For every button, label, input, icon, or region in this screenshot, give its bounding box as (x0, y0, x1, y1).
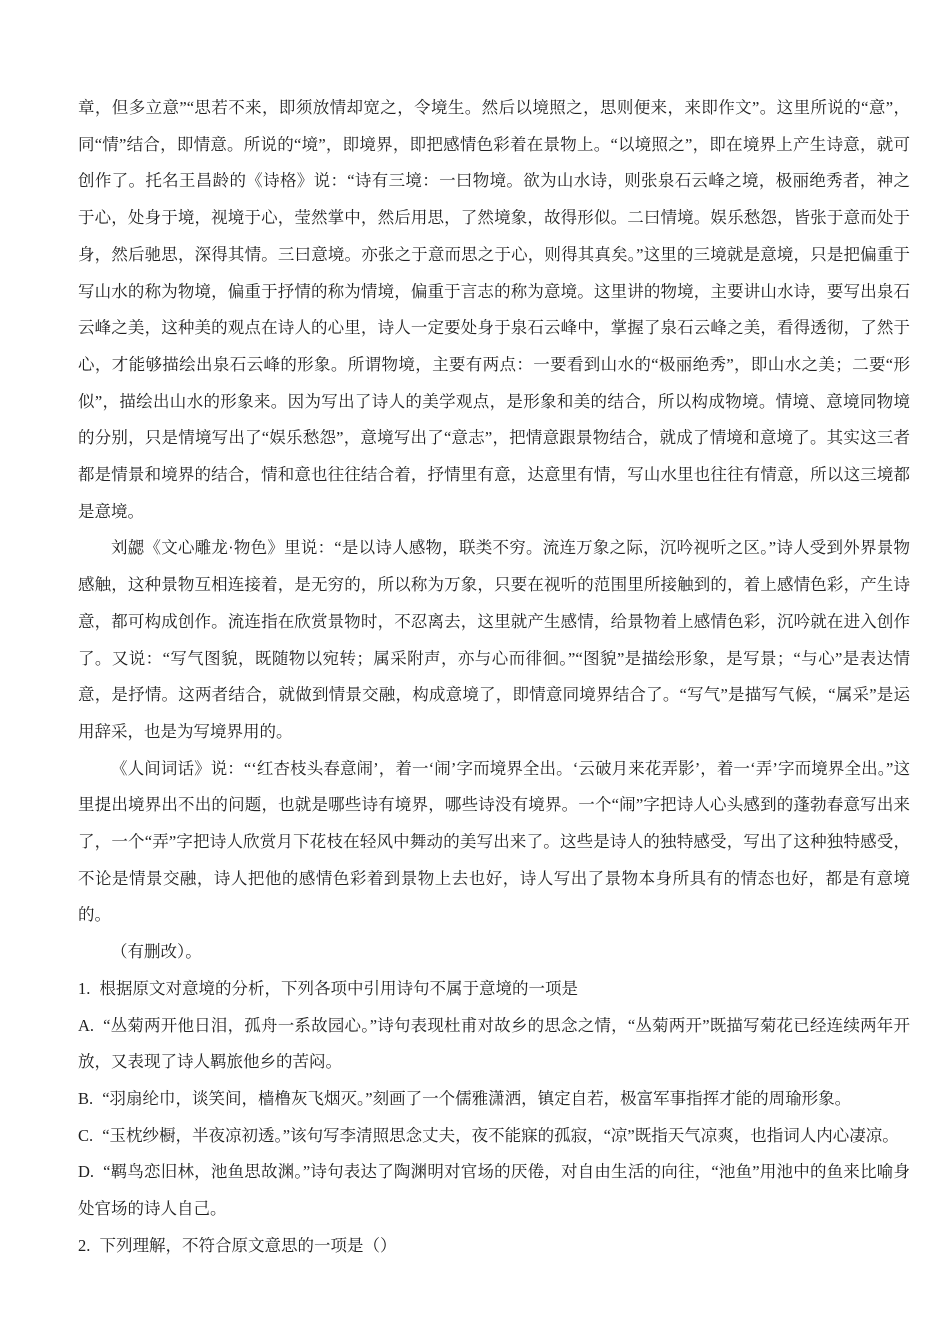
body-paragraph-liuxie: 刘勰《文心雕龙·物色》里说：“是以诗人感物，联类不穷。流连万象之际，沉吟视听之区… (78, 530, 910, 750)
option-c-text: “玉枕纱橱，半夜凉初透。”该句写李清照思念丈夫，夜不能寐的孤寂，“凉”既指天气凉… (102, 1126, 899, 1145)
question-1-option-b: B.“羽扇纶巾，谈笑间，樯橹灰飞烟灭。”刻画了一个儒雅潇洒，镇定自若，极富军事指… (78, 1081, 910, 1118)
question-2: 2.下列理解，不符合原文意思的一项是（） (78, 1228, 910, 1265)
option-b-label: B. (78, 1081, 93, 1118)
option-a-label: A. (78, 1008, 94, 1045)
option-d-label: D. (78, 1154, 94, 1191)
question-1-stem: 根据原文对意境的分析，下列各项中引用诗句不属于意境的一项是 (99, 979, 578, 998)
question-1-option-a: A.“丛菊两开他日泪，孤舟一系故园心。”诗句表现杜甫对故乡的思念之情，“丛菊两开… (78, 1008, 910, 1081)
option-b-text: “羽扇纶巾，谈笑间，樯橹灰飞烟灭。”刻画了一个儒雅潇洒，镇定自若，极富军事指挥才… (102, 1089, 851, 1108)
question-1-option-c: C.“玉枕纱橱，半夜凉初透。”该句写李清照思念丈夫，夜不能寐的孤寂，“凉”既指天… (78, 1118, 910, 1155)
source-note: （有删改）。 (78, 934, 910, 971)
question-2-number: 2. (78, 1228, 90, 1265)
question-2-stem: 下列理解，不符合原文意思的一项是（） (99, 1236, 396, 1255)
question-1: 1.根据原文对意境的分析，下列各项中引用诗句不属于意境的一项是 (78, 971, 910, 1008)
option-d-text: “羁鸟恋旧林，池鱼思故渊。”诗句表达了陶渊明对官场的厌倦，对自由生活的向往，“池… (78, 1162, 910, 1218)
question-1-option-d: D.“羁鸟恋旧林，池鱼思故渊。”诗句表达了陶渊明对官场的厌倦，对自由生活的向往，… (78, 1154, 910, 1227)
option-a-text: “丛菊两开他日泪，孤舟一系故园心。”诗句表现杜甫对故乡的思念之情，“丛菊两开”既… (78, 1016, 910, 1072)
body-paragraph-continuation: 章，但多立意”“思若不来，即须放情却宽之，令境生。然后以境照之，思则便来，来即作… (78, 90, 910, 530)
document-page: 章，但多立意”“思若不来，即须放情却宽之，令境生。然后以境照之，思则便来，来即作… (0, 0, 950, 1344)
body-paragraph-renjiancihua: 《人间词话》说：“‘红杏枝头春意闹’，着一‘闹’字而境界全出。‘云破月来花弄影’… (78, 751, 910, 935)
option-c-label: C. (78, 1118, 93, 1155)
question-1-number: 1. (78, 971, 90, 1008)
